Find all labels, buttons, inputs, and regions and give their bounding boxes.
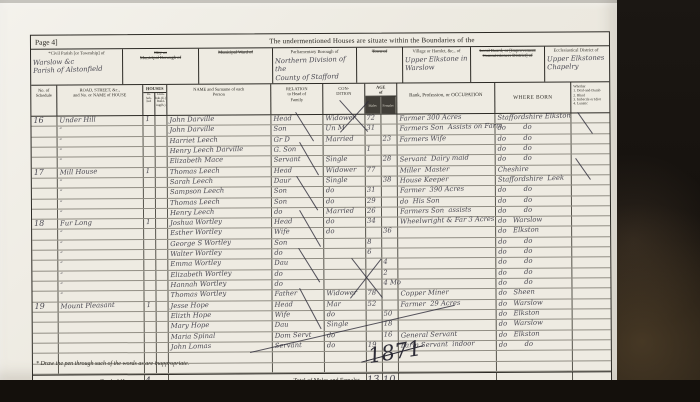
handwritten-entry: 19 xyxy=(32,301,57,312)
handwritten-entry: ″ xyxy=(58,176,143,187)
cell-dis xyxy=(572,134,608,144)
cell-born: do do xyxy=(497,340,573,350)
page-number-label: Page 4] xyxy=(31,37,165,47)
handwritten-entry: do Sheen xyxy=(496,287,571,298)
houses-inhabited-subheader: In- hab- ited xyxy=(143,93,155,115)
houses-title: HOUSES xyxy=(143,85,166,93)
age-females-subheader: Females xyxy=(381,97,397,114)
handwritten-entry: do do xyxy=(496,266,571,277)
col-header-relation: RELATION to Head of Family xyxy=(271,84,323,114)
handwritten-entry: 50 xyxy=(383,309,398,318)
cell-s xyxy=(32,189,58,198)
column-headers-row: No. of Schedule ROAD, STREET, &c., and N… xyxy=(31,82,609,117)
header-box-handwritten-value: Upper Elkstone in Warslow xyxy=(405,54,470,73)
cell-dis xyxy=(573,361,609,371)
cell-inh xyxy=(144,291,156,300)
handwritten-entry: Head xyxy=(272,216,323,226)
handwritten-entry: do xyxy=(324,185,365,195)
cell-dis xyxy=(573,340,609,350)
handwritten-entry: Farmer 390 Acres xyxy=(398,184,495,195)
handwritten-entry: do Warslow xyxy=(496,215,571,226)
cell-road xyxy=(59,322,145,332)
col-header-name: NAME and Surname of each Person xyxy=(167,84,271,115)
header-box-label: Local Board, or [Improvement Commissione… xyxy=(473,48,542,59)
handwritten-entry: do xyxy=(325,309,366,319)
cell-m: 26 xyxy=(366,207,382,216)
handwritten-entry: 29 xyxy=(366,196,381,205)
cell-inh xyxy=(145,343,157,352)
cell-cond: do xyxy=(325,342,367,352)
cell-s xyxy=(33,333,59,342)
handwritten-entry: Head xyxy=(272,299,323,309)
cell-s xyxy=(32,178,58,187)
header-box-label: Municipal Ward of xyxy=(201,49,270,55)
handwritten-entry: Mill House xyxy=(58,166,143,177)
cell-dis xyxy=(572,206,608,216)
cell-dis xyxy=(573,319,609,329)
handwritten-entry: do Elkston xyxy=(497,328,572,339)
cell-inh: 1 xyxy=(144,219,156,228)
cell-inh xyxy=(144,199,156,208)
cell-inh xyxy=(144,240,156,249)
handwritten-entry: ″ xyxy=(58,155,143,166)
handwritten-entry: ″ xyxy=(58,269,143,280)
cell-s xyxy=(32,292,58,301)
cell-dis xyxy=(573,350,609,360)
cell-occ xyxy=(398,227,496,237)
handwritten-entry: do do xyxy=(496,184,571,195)
local-board-box: Local Board, or [Improvement Commissione… xyxy=(471,47,545,82)
age-title: AGE of xyxy=(365,84,396,98)
cell-m xyxy=(366,135,382,144)
col-header-houses: HOUSES In- hab- ited Unin- hab.(U.) Buil… xyxy=(143,85,167,115)
cell-occ xyxy=(399,361,497,371)
cell-unh xyxy=(156,271,168,280)
cell-s: 18 xyxy=(32,220,58,229)
form-title: The undermentioned Houses are situate wi… xyxy=(165,35,609,46)
handwritten-entry: Farmers Son Assists on Farm xyxy=(397,122,494,133)
census-form: Page 4] The undermentioned Houses are si… xyxy=(30,31,612,391)
cell-f: 28 xyxy=(382,156,398,165)
handwritten-entry: Esther Wortley xyxy=(168,226,271,238)
cell-unh xyxy=(156,291,168,300)
handwritten-entry: 8 xyxy=(366,237,381,246)
cell-m: 6 xyxy=(366,249,382,258)
cell-f xyxy=(382,187,398,196)
handwritten-entry: ″ xyxy=(58,289,143,300)
cell-unh xyxy=(156,260,168,269)
handwritten-entry: Dom Servt xyxy=(273,330,324,340)
handwritten-entry: Married xyxy=(324,206,365,216)
handwritten-entry: 16 xyxy=(383,330,398,339)
cell-cond xyxy=(324,238,366,248)
cell-unh xyxy=(157,302,169,311)
cell-occ: Farmers Wife xyxy=(398,135,496,145)
cell-unh xyxy=(156,209,168,218)
cell-dis xyxy=(572,289,608,299)
handwritten-entry: ″ xyxy=(58,186,143,197)
cell-inh xyxy=(144,147,156,156)
cell-m: 31 xyxy=(366,187,382,196)
cell-m xyxy=(367,311,383,320)
cell-cond: Single xyxy=(324,156,366,166)
handwritten-entry: Miller Master xyxy=(398,163,495,174)
cell-inh xyxy=(144,137,156,146)
handwritten-entry: do xyxy=(325,340,366,350)
cell-s xyxy=(32,158,58,167)
header-box-label: Village or Hamlet, &c., of xyxy=(405,48,468,54)
cell-f: 2 xyxy=(382,269,398,278)
cell-m: 8 xyxy=(366,238,382,247)
handwritten-entry: ″ xyxy=(58,207,143,218)
handwritten-entry: Father xyxy=(272,289,323,299)
col-header-road: ROAD, STREET, &c., and No. or NAME of HO… xyxy=(57,85,143,116)
cell-unh xyxy=(156,188,168,197)
municipal-ward-box: Municipal Ward of xyxy=(199,48,273,83)
handwritten-entry: do His Son xyxy=(398,194,495,205)
cell-cond: do xyxy=(324,187,366,197)
cell-m: 34 xyxy=(366,218,382,227)
cell-unh xyxy=(156,198,168,207)
handwritten-entry: do Elkston xyxy=(496,225,571,236)
cell-born xyxy=(497,361,573,371)
cell-inh: 1 xyxy=(143,116,155,125)
cell-inh xyxy=(145,333,157,342)
cell-f: 4 xyxy=(382,259,398,268)
cell-cond xyxy=(325,362,367,372)
form-footnote: * Draw the pen through such of the words… xyxy=(36,361,189,367)
cell-f xyxy=(381,115,397,124)
cell-road xyxy=(59,312,145,322)
handwritten-entry: do do xyxy=(496,153,571,164)
cell-dis xyxy=(572,258,608,268)
cell-inh: 1 xyxy=(145,302,157,311)
header-box-label: Parliamentary Borough of xyxy=(275,49,354,55)
handwritten-entry: Servant Dairy maid xyxy=(398,153,495,164)
cell-dis xyxy=(572,165,608,175)
cell-f: 23 xyxy=(382,135,398,144)
cell-dis xyxy=(572,227,608,237)
cell-road xyxy=(59,343,145,353)
cell-s xyxy=(31,127,57,136)
cell-m: 1 xyxy=(366,146,382,155)
cell-dis xyxy=(571,113,607,123)
cell-unh xyxy=(155,116,167,125)
handwritten-entry: do xyxy=(325,330,366,340)
cell-unh xyxy=(157,322,169,331)
cell-dis xyxy=(572,185,608,195)
cell-inh xyxy=(144,281,156,290)
cell-cond xyxy=(324,249,366,259)
handwritten-entry: 1 xyxy=(144,301,155,310)
handwritten-entry: 38 xyxy=(382,175,397,184)
cell-unh xyxy=(157,332,169,341)
cell-cond xyxy=(324,259,366,269)
cell-cond: Widower xyxy=(324,290,366,300)
cell-f: 4 Mo xyxy=(382,280,398,289)
handwritten-entry: do do xyxy=(496,142,571,153)
cell-m: 29 xyxy=(366,197,382,206)
cell-f xyxy=(382,290,398,299)
handwritten-entry: ″ xyxy=(58,145,143,156)
header-box-handwritten-value: Northern Division of the County of Staff… xyxy=(275,55,357,83)
cell-f xyxy=(382,207,398,216)
handwritten-entry: G. Son xyxy=(272,144,323,154)
cell-s xyxy=(32,251,58,260)
cell-dis xyxy=(572,144,608,154)
handwritten-entry: Dau xyxy=(272,258,323,268)
cell-rel: Servant xyxy=(273,342,325,352)
handwritten-entry: 2 xyxy=(382,268,397,277)
handwritten-entry: ″ xyxy=(58,238,143,249)
cell-f: 38 xyxy=(382,176,398,185)
col-header-occupation: Rank, Profession, or OCCUPATION xyxy=(397,83,495,114)
cell-inh xyxy=(143,126,155,135)
handwritten-entry: do do xyxy=(495,122,570,133)
cell-cond: do xyxy=(324,228,366,238)
handwritten-entry: Single xyxy=(324,154,365,164)
handwritten-entry: Son xyxy=(271,124,322,134)
cell-unh xyxy=(156,147,168,156)
handwritten-entry: Mount Pleasant xyxy=(58,300,143,311)
handwritten-entry: 52 xyxy=(366,299,381,308)
photo-black-backing-bottom xyxy=(0,380,700,402)
handwritten-entry: do do xyxy=(496,256,571,267)
cell-rel: Dau xyxy=(272,259,324,269)
cell-rel: Son xyxy=(271,125,323,135)
cell-m xyxy=(366,156,382,165)
cell-unh xyxy=(156,229,168,238)
cell-road xyxy=(59,333,145,343)
cell-rel xyxy=(273,352,325,362)
cell-road: Mount Pleasant xyxy=(59,302,145,312)
cell-occ xyxy=(398,258,496,268)
col-header-infirmity: Whether 1. Deaf-and-Dumb 2. Blind 3. Imb… xyxy=(571,82,607,112)
handwritten-entry: 77 xyxy=(366,165,381,174)
cell-occ xyxy=(398,248,496,258)
cell-rel: Son xyxy=(272,187,324,197)
handwritten-entry: 16 xyxy=(31,115,56,126)
handwritten-entry: Wheelwright & Far 3 Acres xyxy=(398,215,495,226)
handwritten-entry: do do xyxy=(496,246,571,257)
cell-dis xyxy=(572,237,608,247)
village-hamlet-box: Village or Hamlet, &c., ofUpper Elkstone… xyxy=(403,47,471,82)
cell-inh xyxy=(145,312,157,321)
handwritten-entry: do do xyxy=(496,204,571,215)
handwritten-entry: Widower xyxy=(324,289,365,299)
handwritten-entry: 18 xyxy=(32,218,57,229)
handwritten-entry: do Warslow xyxy=(497,318,572,329)
cell-inh: 1 xyxy=(144,168,156,177)
handwritten-entry: 1 xyxy=(365,144,380,153)
cell-rel: Servant xyxy=(272,156,324,166)
cell-occ: Farmer 29 Acres xyxy=(399,300,497,310)
handwritten-entry: ″ xyxy=(58,227,143,238)
col-header-age: AGE of Males Females xyxy=(365,84,397,114)
handwritten-entry: Staffordshire Elkston xyxy=(495,112,570,123)
cell-s xyxy=(32,137,58,146)
handwritten-entry: ″ xyxy=(58,197,143,208)
handwritten-entry: Wife xyxy=(272,227,323,237)
header-box-label: Ecclesiastical District of xyxy=(547,47,605,53)
handwritten-entry: 23 xyxy=(381,134,396,143)
cell-unh xyxy=(156,137,168,146)
cell-m xyxy=(366,228,382,237)
cell-unh xyxy=(156,219,168,228)
header-box-label: City or Municipal Borough of xyxy=(125,50,196,61)
cell-inh xyxy=(144,229,156,238)
municipal-borough-box: City or Municipal Borough of xyxy=(123,49,199,84)
handwritten-entry: 1 xyxy=(143,115,154,124)
header-box-label: Town of xyxy=(359,49,400,55)
handwritten-entry: Sampson Leech xyxy=(168,185,271,197)
header-box-label: *Civil Parish [or Township] of xyxy=(33,50,120,56)
cell-inh xyxy=(144,209,156,218)
cell-dis xyxy=(573,330,609,340)
cell-f: 18 xyxy=(383,321,399,330)
ecclesiastical-district-box: Ecclesiastical District ofUpper Elkstone… xyxy=(545,46,607,81)
handwritten-entry: 4 Mo xyxy=(382,278,397,287)
cell-m: 77 xyxy=(366,166,382,175)
handwritten-entry: 17 xyxy=(32,167,57,178)
header-box-handwritten-value: Upper Elkstones Chapelry xyxy=(547,54,607,73)
cell-f xyxy=(381,125,397,134)
handwritten-entry: do Elkston xyxy=(497,307,572,318)
cell-dis xyxy=(573,309,609,319)
handwritten-entry: Staffordshire Leek xyxy=(496,173,571,184)
cell-occ: Wheelwright & Far 3 Acres xyxy=(398,217,496,227)
cell-occ xyxy=(398,269,496,279)
handwritten-entry: 26 xyxy=(366,206,381,215)
cell-s xyxy=(32,148,58,157)
cell-dis xyxy=(572,268,608,278)
handwritten-entry: Elizabeth Mace xyxy=(168,154,271,166)
col-header-schedule: No. of Schedule xyxy=(31,86,57,116)
handwritten-entry: 4 xyxy=(382,258,397,267)
handwritten-entry: 31 xyxy=(366,186,381,195)
cell-unh xyxy=(156,240,168,249)
handwritten-entry: Emma Wortley xyxy=(168,257,271,269)
cell-unh xyxy=(157,343,169,352)
handwritten-entry: Copper Miner xyxy=(398,287,495,298)
header-box-handwritten-value: Warslow &c Parish of Alstonfield xyxy=(33,56,122,76)
cell-occ xyxy=(398,238,496,248)
col-header-where-born: WHERE BORN xyxy=(495,82,571,112)
cell-inh xyxy=(144,260,156,269)
cell-unh xyxy=(156,157,168,166)
handwritten-entry: 34 xyxy=(366,217,381,226)
cell-s xyxy=(32,230,58,239)
cell-cond: do xyxy=(324,197,366,207)
cell-m: 52 xyxy=(367,300,383,309)
handwritten-entry: 36 xyxy=(382,227,397,236)
cell-rel xyxy=(273,362,325,372)
handwritten-entry: ″ xyxy=(57,124,142,135)
cell-unh xyxy=(156,167,168,176)
cell-dis xyxy=(572,247,608,257)
handwritten-entry: Farmers Wife xyxy=(397,132,494,143)
cell-s xyxy=(32,240,58,249)
handwritten-entry: do xyxy=(324,227,365,237)
handwritten-entry: do xyxy=(324,216,365,226)
cell-dis xyxy=(573,299,609,309)
cell-inh xyxy=(144,250,156,259)
handwritten-entry: ″ xyxy=(58,258,143,269)
handwritten-entry: do do xyxy=(496,277,571,288)
handwritten-entry: Mary Hope xyxy=(169,319,272,331)
civil-parish-box: *Civil Parish [or Township] ofWarslow &c… xyxy=(31,49,123,85)
handwritten-entry: do do xyxy=(496,194,571,205)
handwritten-entry: 28 xyxy=(382,155,397,164)
cell-s xyxy=(33,313,59,322)
header-boxes-row: *Civil Parish [or Township] ofWarslow &c… xyxy=(31,46,609,86)
handwritten-entry: Mar xyxy=(324,299,365,309)
handwritten-entry: 72 xyxy=(365,113,380,122)
handwritten-entry: 6 xyxy=(366,248,381,257)
cell-m xyxy=(367,331,383,340)
cell-s: 16 xyxy=(31,117,57,126)
cell-s xyxy=(32,261,58,270)
handwritten-entry: Gr D xyxy=(271,134,322,144)
cell-inh xyxy=(144,178,156,187)
town-box: Town of xyxy=(357,47,403,82)
handwritten-entry: do do xyxy=(497,338,572,349)
cell-dis xyxy=(572,216,608,226)
handwritten-entry: John Darville xyxy=(167,123,270,135)
census-page-scan: Page 4] The undermentioned Houses are si… xyxy=(0,0,617,380)
handwritten-entry: Thomas Wortley xyxy=(168,288,271,300)
cell-inh xyxy=(144,188,156,197)
handwritten-entry: ″ xyxy=(57,135,142,146)
cell-cond xyxy=(325,352,367,362)
cell-inh xyxy=(144,157,156,166)
handwritten-entry: do do xyxy=(496,235,571,246)
cell-s xyxy=(32,271,58,280)
cell-inh xyxy=(144,271,156,280)
handwritten-entry: Cheshire xyxy=(496,163,571,174)
cell-s xyxy=(33,323,59,332)
cell-inh xyxy=(145,322,157,331)
handwritten-entry: Son xyxy=(272,186,323,196)
cell-s: 19 xyxy=(33,302,59,311)
handwritten-entry: 1 xyxy=(144,218,155,227)
handwritten-entry: do xyxy=(272,278,323,288)
cell-m: 31 xyxy=(365,125,381,134)
cell-f xyxy=(383,300,399,309)
handwritten-entry: do xyxy=(324,196,365,206)
cell-unh xyxy=(156,250,168,259)
cell-s xyxy=(32,199,58,208)
cell-cond: Married xyxy=(324,135,366,145)
handwritten-entry: do Warslow xyxy=(496,297,571,308)
cell-f xyxy=(382,238,398,247)
cell-unh xyxy=(156,281,168,290)
handwritten-entry: Single xyxy=(324,175,365,185)
parliamentary-borough-box: Parliamentary Borough ofNorthern Divisio… xyxy=(273,48,357,84)
handwritten-entry: do do xyxy=(495,132,570,143)
handwritten-entry: Married xyxy=(323,134,364,144)
cell-f xyxy=(382,197,398,206)
cell-rel: Father xyxy=(272,290,324,300)
cell-f: 36 xyxy=(382,228,398,237)
handwritten-entry: Servant xyxy=(272,155,323,165)
cell-born xyxy=(497,351,573,361)
handwritten-entry: 1 xyxy=(144,166,155,175)
cell-unh xyxy=(155,126,167,135)
cell-f xyxy=(382,166,398,175)
cell-s: 17 xyxy=(32,168,58,177)
handwritten-entry: Widower xyxy=(324,165,365,175)
